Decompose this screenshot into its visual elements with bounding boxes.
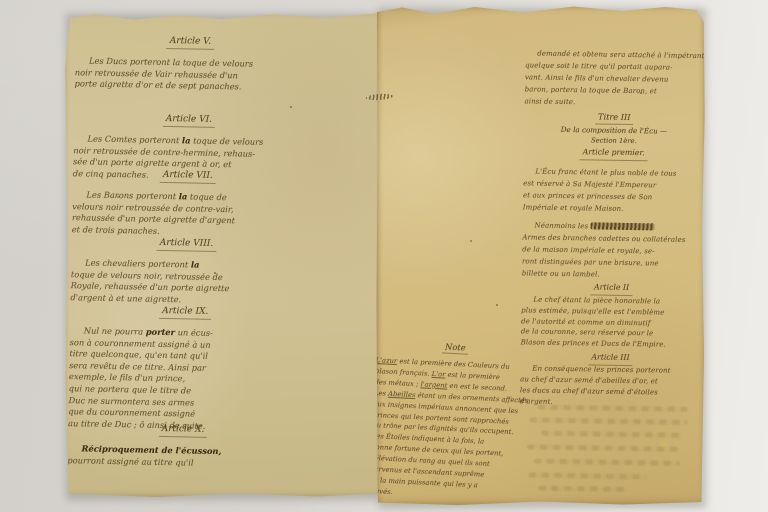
article-heading-text: Article premier.	[580, 146, 648, 161]
paper-speck	[154, 460, 156, 462]
line-text: en est le second.	[447, 382, 507, 393]
line-text: toque de velours	[190, 135, 263, 146]
ink-correction: la	[191, 259, 200, 269]
underlined-word: L'or	[432, 370, 446, 379]
manuscript-section-article-9: Article IX. Nul ne pourra porter un écus…	[68, 304, 300, 434]
underlined-word: l'argent	[420, 380, 447, 389]
underlined-word: Abeilles	[388, 389, 416, 398]
note-heading-text: Note	[442, 341, 469, 354]
paper-speck	[640, 92, 642, 94]
article-heading: Article VI.	[74, 112, 304, 129]
manuscript-section-article-10: Article X. Réciproquement de l'écusson, …	[67, 422, 298, 471]
manuscript-line: ainsi de suite.	[524, 96, 704, 111]
line-text: toque de	[187, 191, 227, 202]
line-text: des métaux ;	[374, 378, 420, 388]
manuscript-line: Impériale et royale Maison.	[523, 202, 703, 217]
article-heading-text: Article V.	[167, 36, 214, 50]
ink-correction: porter	[146, 327, 175, 338]
manuscript-section-article-7: Article VII. Les Barons porteront la toq…	[72, 168, 303, 240]
paper-speck	[496, 304, 498, 306]
line-text: Réciproquement de l'écusson,	[81, 443, 221, 456]
line-text: Nul ne pourra	[84, 325, 146, 336]
paper-speck	[290, 106, 292, 108]
right-page-text-layer: demandé et obtenu sera attaché à l'impét…	[368, 4, 705, 511]
ink-correction: la	[179, 191, 188, 201]
article-premier-heading: Article premier.	[524, 145, 704, 162]
struck-out-text	[590, 222, 654, 230]
article-heading-text: Article VI.	[163, 114, 216, 128]
manuscript-line: Blason des princes et Ducs de l'Empire.	[521, 338, 701, 352]
article-premier-paragraph: L'Écu franc étant le plus noble de tous …	[523, 166, 704, 216]
titre-heading-text: Titre III	[595, 111, 634, 125]
paper-speck	[470, 240, 472, 242]
manuscript-photo: Article V. Les Ducs porteront la toque d…	[0, 0, 768, 512]
manuscript-section-article-8: Article VIII. Les chevaliers porteront l…	[70, 236, 301, 308]
line-text: Les Ducs porteront la toque de velours	[89, 55, 253, 68]
article-heading-text: Article II	[591, 281, 632, 296]
note-block: Note L'azur est la première des Couleurs…	[369, 338, 535, 505]
right-manuscript-page: demandé et obtenu sera attaché à l'impét…	[376, 4, 705, 506]
article-3-paragraph: En conséquence les princes porteront au …	[520, 363, 701, 410]
line-text: un écus-	[175, 327, 213, 338]
line-text: Néanmoins les	[534, 222, 590, 231]
title-block: Titre III De la composition de l'Écu — S…	[524, 110, 705, 162]
line-text: Les Comtes porteront	[87, 133, 182, 145]
article-heading-text: Article VIII.	[157, 238, 217, 252]
left-page-text-layer: Article V. Les Ducs porteront la toque d…	[55, 10, 380, 504]
article-heading-text: Article IX.	[159, 306, 211, 320]
article-2-paragraph: Le chef étant la pièce honorable la plus…	[521, 294, 702, 351]
paper-speck	[214, 272, 216, 274]
line-text: est la première	[445, 370, 500, 381]
paper-stain	[659, 440, 668, 447]
article-heading: Article V.	[75, 34, 305, 51]
line-text: blason français.	[375, 367, 432, 378]
note-heading: Note	[376, 338, 534, 358]
paper-speck	[117, 196, 119, 198]
left-manuscript-page: Article V. Les Ducs porteront la toque d…	[64, 10, 380, 498]
line-text: Les chevaliers porteront	[85, 257, 191, 269]
ink-correction: la	[182, 135, 191, 145]
article-heading-text: Article VII.	[160, 170, 216, 184]
neanmoins-paragraph: Néanmoins les Armes des branches cadette…	[522, 220, 703, 282]
intro-paragraph: demandé et obtenu sera attaché à l'impét…	[524, 48, 705, 110]
manuscript-section-article-5: Article V. Les Ducs porteront la toque d…	[74, 34, 305, 94]
article-heading-text: Article X.	[158, 424, 207, 438]
underlined-word: L'azur	[375, 356, 397, 365]
line-text: Les Barons porteront	[86, 189, 179, 201]
